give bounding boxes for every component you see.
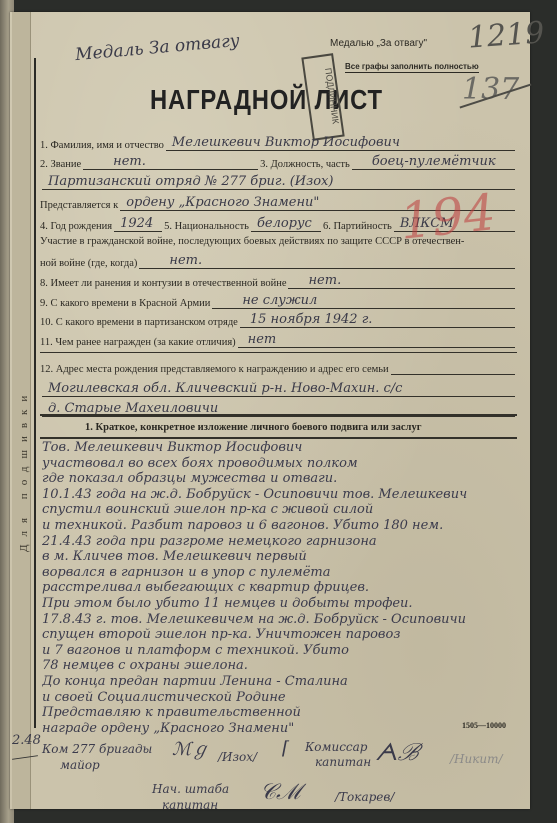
narrative-line: Тов. Мелешкевич Виктор Иосифович <box>42 440 512 456</box>
divider <box>40 414 517 416</box>
field-value: белорус <box>257 216 312 231</box>
binding-label: Для подшивки <box>18 300 32 640</box>
narrative-line: До конца предан партии Ленина - Сталина <box>42 674 512 690</box>
field-value: нет <box>248 332 277 347</box>
archive-number: 1219 <box>467 15 546 55</box>
field-value: ордену „Красного Знамени" <box>126 195 319 210</box>
commissar-signature: ᗅℬ <box>375 738 420 766</box>
commissar-title: Комиссар <box>305 740 367 754</box>
narrative-line: 21.4.43 года при разгроме немецкого гарн… <box>42 534 512 550</box>
narrative-line: 10.1.43 года на ж.д. Бобруйск - Осипович… <box>42 487 512 503</box>
commissar-mark: ⌈ <box>282 738 289 759</box>
printed-award-label: Медалью „За отвагу" <box>330 38 427 49</box>
field-address-line1: Могилевская обл. Кличевский р-н. Ново-Ма… <box>40 382 517 397</box>
field-label: 11. Чем ранее награжден (за какие отличи… <box>40 337 236 348</box>
divider <box>40 437 517 439</box>
narrative-line: и своей Социалистической Родине <box>42 690 512 706</box>
narrative-line: 78 немцев с охраны эшелона. <box>42 658 512 674</box>
narrative-line: При этом было убито 11 немцев и добыты т… <box>42 596 512 612</box>
narrative-line: награде ордену „Красного Знамени" <box>42 721 512 737</box>
field-value: Партизанский отряд № 277 бриг. (Изох) <box>48 174 333 189</box>
narrative-line: где показал образцы мужества и отваги. <box>42 471 512 487</box>
field-value: нет. <box>113 154 146 169</box>
red-stamp: 194 <box>397 183 498 251</box>
narrative-line: спустил воинский эшелон пр-ка с живой си… <box>42 502 512 518</box>
narrative-line: участвовал во всех боях проводимых полко… <box>42 456 512 472</box>
field-label: 9. С какого времени в Красной Армии <box>40 298 210 309</box>
narrative-line: расстреливал выбегающих с квартир фрицев… <box>42 580 512 596</box>
field-value: 15 ноября 1942 г. <box>250 312 373 327</box>
margin-rule <box>34 58 36 728</box>
chief-signature: 𝒞ℳ <box>260 780 301 805</box>
field-label: Представляется к <box>40 200 118 211</box>
left-margin-note: 2.48 <box>12 733 41 748</box>
narrative-line: в м. Кличев тов. Мелешкевич первый <box>42 549 512 565</box>
narrative: Тов. Мелешкевич Виктор Иосифовичучаствов… <box>42 440 512 736</box>
field-previous-awards: 11. Чем ранее награжден (за какие отличи… <box>40 333 517 348</box>
commander-rank: майор <box>60 758 100 772</box>
divider <box>40 352 517 353</box>
chief-name: /Токарев/ <box>335 790 394 804</box>
field-partisan-since: 10. С какого времени в партизанском отря… <box>40 313 517 328</box>
field-value: 1924 <box>120 216 153 231</box>
chief-title: Нач. штаба <box>152 782 229 796</box>
field-value: нет. <box>169 253 202 268</box>
field-label: 12. Адрес места рождения представляемого… <box>40 364 389 375</box>
narrative-line: и техникой. Разбит паровоз и 6 вагонов. … <box>42 518 512 534</box>
commander-title: Ком 277 бригады <box>42 742 152 756</box>
field-label: 5. Национальность <box>164 221 249 232</box>
narrative-line: и 7 вагонов и платформ с техникой. Убито <box>42 643 512 659</box>
field-label: 4. Год рождения <box>40 221 112 232</box>
narrative-line: 17.8.43 г. тов. Мелешкевичем на ж.д. Боб… <box>42 612 512 628</box>
field-label: 10. С какого времени в партизанском отря… <box>40 317 238 328</box>
field-value: Могилевская обл. Кличевский р-н. Ново-Ма… <box>48 381 402 396</box>
field-label: 3. Должность, часть <box>260 159 350 170</box>
field-label: 8. Имеет ли ранения и контузии в отечест… <box>40 278 286 289</box>
field-label: 6. Партийность <box>323 221 392 232</box>
field-label: 1. Фамилия, имя и отчество <box>40 140 164 151</box>
field-address-label: 12. Адрес места рождения представляемого… <box>40 360 517 375</box>
fill-instruction: Все графы заполнить полностью <box>345 62 479 73</box>
field-label: ной войне (где, когда) <box>40 258 137 269</box>
field-value: Мелешкевич Виктор Иосифович <box>172 135 400 150</box>
field-value: не служил <box>242 293 317 308</box>
field-war-participation: ной войне (где, когда) нет. <box>40 254 517 269</box>
section-title: 1. Краткое, конкретное изложение личного… <box>85 422 421 433</box>
field-label: 2. Звание <box>40 159 81 170</box>
field-value: боец-пулемётчик <box>372 154 496 169</box>
commander-name: /Изох/ <box>218 750 257 764</box>
commander-signature: ℳℊ <box>172 735 209 761</box>
commissar-name: /Никит/ <box>450 752 503 766</box>
narrative-line: ворвался в гарнизон и в упор с пулемёта <box>42 565 512 581</box>
print-code: 1505—10000 <box>462 721 506 730</box>
field-red-army-since: 9. С какого времени в Красной Армии не с… <box>40 294 517 309</box>
narrative-line: Представляю к правительственной <box>42 705 512 721</box>
field-name: 1. Фамилия, имя и отчество Мелешкевич Ви… <box>40 136 517 151</box>
field-label: Участие в гражданской войне, последующих… <box>40 236 464 247</box>
chief-rank: капитан <box>162 798 218 812</box>
narrative-line: спущен второй эшелон пр-ка. Уничтожен па… <box>42 627 512 643</box>
page-title: НАГРАДНОЙ ЛИСТ <box>150 84 383 116</box>
field-rank-position: 2. Звание нет. 3. Должность, часть боец-… <box>40 155 517 170</box>
field-wounds: 8. Имеет ли ранения и контузии в отечест… <box>40 274 517 289</box>
field-value: нет. <box>308 273 341 288</box>
commissar-rank: капитан <box>315 755 371 769</box>
